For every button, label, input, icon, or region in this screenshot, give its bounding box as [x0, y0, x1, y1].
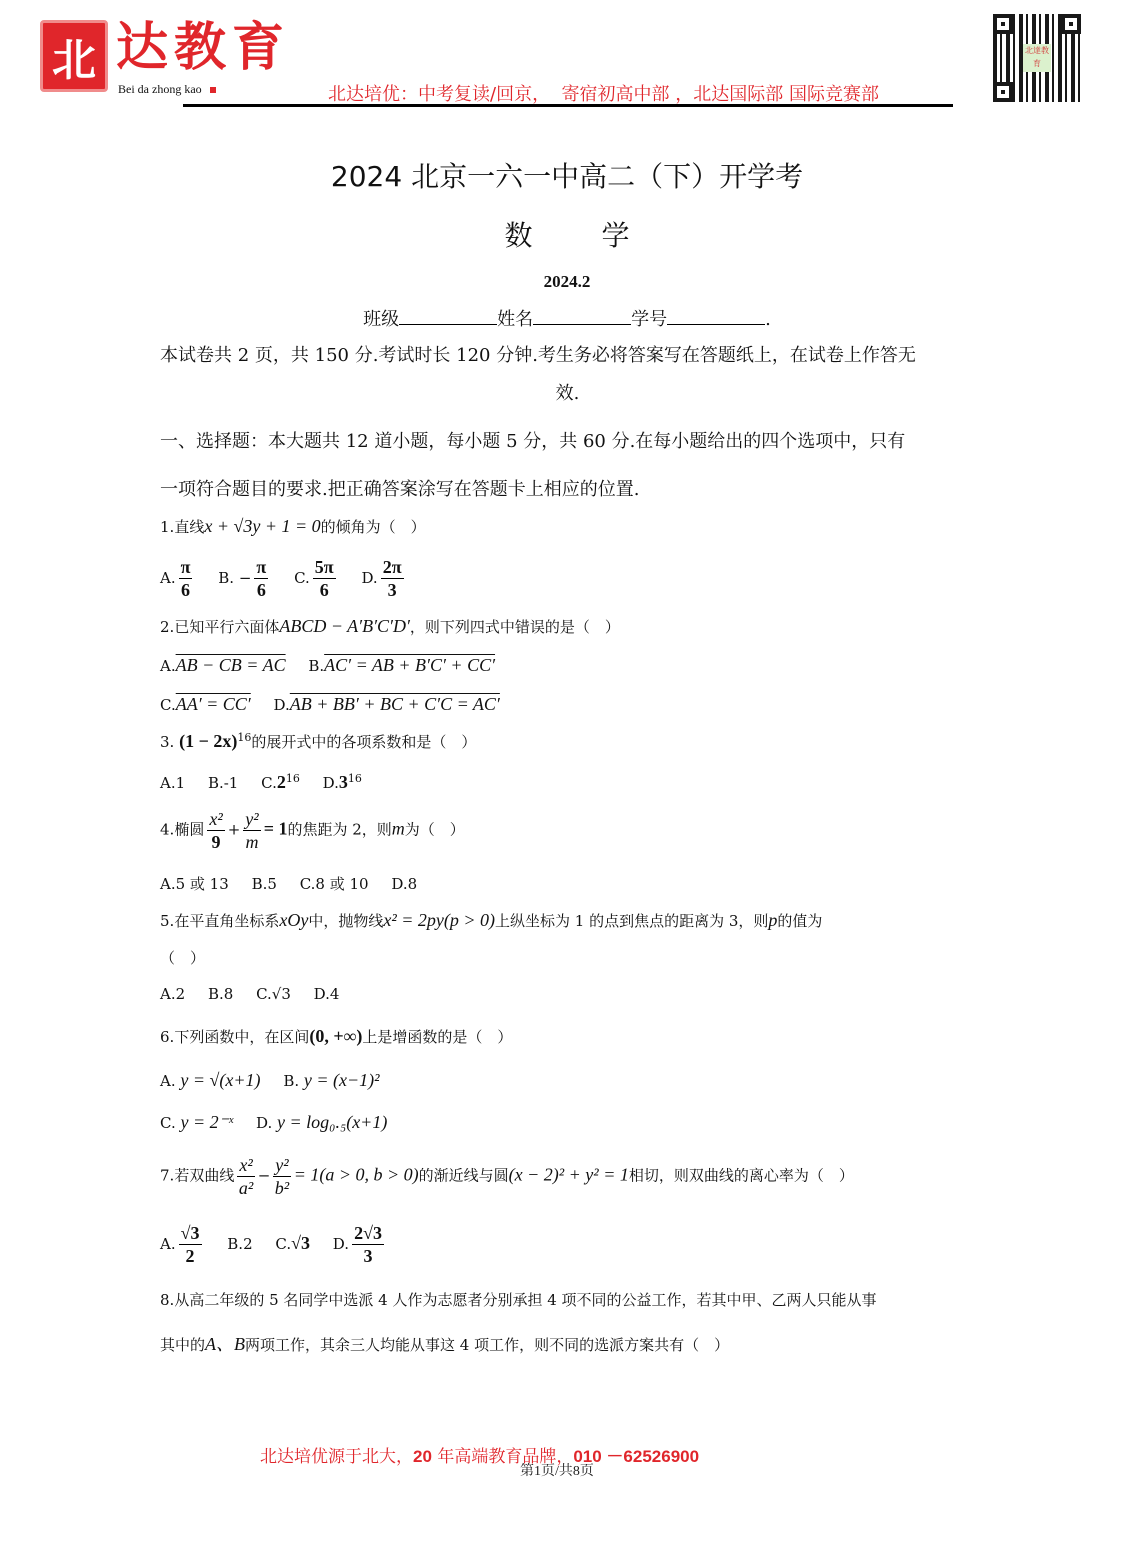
denominator: 6 [320, 579, 329, 601]
fraction: x²9 [207, 808, 224, 853]
fraction: 5π6 [313, 556, 336, 601]
qr-finder [993, 14, 1013, 34]
opt-label: D. [361, 569, 377, 587]
q-text: 上纵坐标为 1 的点到焦点的距离为 3，则 [495, 912, 768, 930]
question-7-stem: 7.若双曲线x²a²−y²b²= 1(a > 0, b > 0)的渐近线与圆(x… [160, 1154, 854, 1199]
opt-label: C. [294, 569, 310, 587]
q-text: 椭圆 [174, 821, 204, 839]
section-heading: 一、选择题：本大题共 12 道小题，每小题 5 分，共 60 分.在每小题给出的… [160, 418, 975, 514]
option-b[interactable]: B.AC′ = AB + B′C′ + CC′ [308, 657, 495, 675]
q-math: (x − 2)² + y² = 1 [509, 1165, 629, 1185]
numerator: π [179, 556, 193, 579]
denominator: 3 [388, 579, 397, 601]
opt-label: B. [283, 1072, 299, 1090]
opt-label: A. [160, 657, 176, 675]
question-6-options-row2: C. y = 2⁻ˣ D. y = log₀.₅(x+1) [160, 1112, 405, 1133]
opt-value: √3 [291, 1233, 310, 1253]
header-slogan: 北达培优：中考复读/回京， 寄宿初高中部 ，北达国际部 国际竞赛部 [328, 80, 879, 106]
brand-logo-mark: 北 [40, 20, 108, 92]
fraction: y²m [243, 808, 260, 853]
footer-text: 北达培优源于北大， [260, 1447, 413, 1467]
instructions-line: 效. [160, 375, 975, 413]
q-math: x² = 2py(p > 0) [383, 910, 495, 930]
section-line: 一项符合题目的要求.把正确答案涂写在答题卡上相应的位置. [160, 466, 975, 514]
question-6-stem: 6.下列函数中，在区间(0, +∞)上是增函数的是（ ） [160, 1026, 512, 1047]
numerator: 2√3 [352, 1222, 384, 1245]
numerator: x² [237, 1154, 254, 1177]
opt-value: y = √(x+1) [180, 1070, 260, 1090]
numerator: 2π [381, 556, 404, 579]
opt-label: C. [160, 696, 176, 714]
opt-label: D. [323, 774, 339, 792]
logo-char: 北 [52, 24, 96, 88]
instructions-line: 本试卷共 2 页，共 150 分.考试时长 120 分钟.考生务必将答案写在答题… [160, 337, 975, 375]
q-text: 中，抛物线 [308, 912, 383, 930]
fraction: 2√33 [352, 1222, 384, 1267]
option-d[interactable]: D.2√33 [333, 1235, 387, 1253]
option-b[interactable]: B.-1 [208, 774, 238, 792]
question-5-stem: 5.在平直角坐标系xOy中，抛物线x² = 2py(p > 0)上纵坐标为 1 … [160, 910, 822, 931]
q-text: 直线 [174, 518, 204, 536]
denominator: 2 [186, 1245, 195, 1267]
id-label: 学号 [631, 309, 667, 330]
q-math: ABCD − A′B′C′D′ [279, 616, 410, 636]
numerator: 5π [313, 556, 336, 579]
q-math: (1 − 2x) [179, 731, 237, 751]
question-8-stem-line2: 其中的A、B两项工作，其余三人均能从事这 4 项工作，则不同的选派方案共有（ ） [160, 1330, 729, 1356]
vector-expr: AB − CB = AC [176, 655, 286, 675]
question-2-stem: 2.已知平行六面体ABCD − A′B′C′D′，则下列四式中错误的是（ ） [160, 616, 620, 637]
vector-expr: AA′ = CC′ [176, 694, 251, 714]
page-number: 第1页/共8页 [520, 1460, 594, 1480]
question-3-stem: 3. (1 − 2x)16的展开式中的各项系数和是（ ） [160, 731, 476, 752]
opt-value: 2 [277, 772, 286, 792]
q-text: 两项工作，其余三人均能从事这 4 项工作，则不同的选派方案共有（ ） [245, 1336, 729, 1354]
opt-label: D. [256, 1114, 272, 1132]
q-number: 6. [160, 1028, 174, 1046]
q-number: 3. [160, 733, 174, 751]
option-a[interactable]: A.5 或 13 [160, 875, 229, 893]
instructions: 本试卷共 2 页，共 150 分.考试时长 120 分钟.考生务必将答案写在答题… [160, 337, 975, 413]
numerator: π [254, 556, 268, 579]
option-b[interactable]: B.5 [252, 875, 277, 893]
question-4-options: A.5 或 13 B.5 C.8 或 10 D.8 [160, 873, 435, 894]
q-text: 的渐近线与圆 [419, 1167, 509, 1185]
opt-label: B. − [218, 569, 251, 587]
fraction: x²a² [237, 1154, 254, 1199]
denominator: a² [239, 1177, 253, 1199]
opt-value: y = (x−1)² [304, 1070, 380, 1090]
id-blank[interactable] [667, 308, 765, 325]
opt-value: 1 [176, 774, 186, 792]
header-divider [183, 104, 953, 107]
q-text: 上是增函数的是（ ） [362, 1028, 512, 1046]
q-math: = 1(a > 0, b > 0) [294, 1165, 419, 1185]
opt-label: D. [333, 1235, 349, 1253]
option-a[interactable]: A.π6 [160, 569, 195, 587]
q-math: = 1 [264, 819, 288, 839]
option-a[interactable]: A.√32 [160, 1235, 205, 1253]
fraction: y²b² [273, 1154, 290, 1199]
option-b[interactable]: B.2 [227, 1235, 252, 1253]
opt-label: A. [160, 774, 176, 792]
opt-value: 3 [339, 772, 348, 792]
q-number: 8. [160, 1291, 174, 1309]
denominator: 3 [364, 1245, 373, 1267]
qr-finder [993, 82, 1013, 102]
footer-slogan: 北达培优源于北大，20 年高端教育品牌，010 －62526900 [260, 1442, 699, 1467]
q-text: 已知平行六面体 [174, 618, 279, 636]
exam-subject: 数 学 [0, 214, 1134, 254]
option-d[interactable]: D.8 [391, 875, 417, 893]
fraction: π6 [254, 556, 268, 601]
opt-value: y = log₀.₅(x+1) [277, 1112, 387, 1132]
numerator: x² [207, 808, 224, 831]
class-blank[interactable] [399, 308, 497, 325]
brand-logo-text: 达教育 [116, 18, 290, 78]
option-a[interactable]: A.2 [160, 985, 185, 1003]
opt-value: 2 [243, 1235, 253, 1253]
qr-finder [1061, 14, 1081, 34]
student-info-fields: 班级姓名学号. [0, 305, 1134, 331]
q-number: 2. [160, 618, 174, 636]
option-c[interactable]: C.5π6 [294, 569, 339, 587]
q-var: m [392, 819, 405, 839]
q-number: 5. [160, 912, 174, 930]
numerator: y² [243, 808, 260, 831]
fraction: π6 [179, 556, 193, 601]
class-label: 班级 [363, 309, 399, 330]
question-8-stem: 8.从高二年级的 5 名同学中选派 4 人作为志愿者分别承担 4 项不同的公益工… [160, 1289, 877, 1310]
option-c[interactable]: C.√3 [256, 985, 291, 1003]
q-number: 1. [160, 518, 174, 536]
vector-expr: AB + BB′ + BC + C′C = AC′ [290, 694, 500, 714]
q-text: 若双曲线 [174, 1167, 234, 1185]
q-text: 的值为 [777, 912, 822, 930]
denominator: b² [275, 1177, 289, 1199]
q-text: 的焦距为 2，则 [287, 821, 391, 839]
q-text: 为（ ） [405, 821, 465, 839]
footer-years: 20 [413, 1447, 432, 1466]
exam-title: 2024 北京一六一中高二（下）开学考 [0, 155, 1134, 195]
option-b[interactable]: B. y = (x−1)² [283, 1072, 379, 1090]
opt-label: C. [275, 1235, 291, 1253]
denominator: m [245, 831, 258, 853]
opt-value: -1 [224, 774, 239, 792]
option-d[interactable]: D.AB + BB′ + BC + C′C = AC′ [274, 696, 500, 714]
option-d[interactable]: D. y = log₀.₅(x+1) [256, 1114, 387, 1132]
option-c[interactable]: C.8 或 10 [300, 875, 369, 893]
vector-expr: AC′ = AB + B′C′ + CC′ [324, 655, 495, 675]
fraction: √32 [179, 1222, 202, 1267]
option-d[interactable]: D.2π3 [361, 569, 406, 587]
opt-label: B. [308, 657, 324, 675]
brand-subtitle: Bei da zhong kao [118, 82, 216, 97]
question-1-stem: 1.直线x + √3y + 1 = 0的倾角为（ ） [160, 516, 426, 537]
q-text: ，则下列四式中错误的是（ ） [410, 618, 620, 636]
q-text: 在平直角坐标系 [174, 912, 279, 930]
q-text: 从高二年级的 5 名同学中选派 4 人作为志愿者分别承担 4 项不同的公益工作，… [174, 1291, 876, 1309]
option-c[interactable]: C.AA′ = CC′ [160, 696, 251, 714]
opt-label: C. [261, 774, 277, 792]
question-7-options: A.√32 B.2 C.√3 D.2√33 [160, 1222, 405, 1267]
option-b[interactable]: B. −π6 [218, 569, 271, 587]
qr-code-icon: 北達教育 [993, 14, 1081, 102]
exam-date: 2024.2 [0, 272, 1134, 292]
section-line: 一、选择题：本大题共 12 道小题，每小题 5 分，共 60 分.在每小题给出的… [160, 418, 975, 466]
question-5-options: A.2 B.8 C.√3 D.4 [160, 985, 357, 1003]
option-c[interactable]: C.216 [261, 774, 300, 792]
square-icon [210, 87, 216, 93]
denominator: 9 [212, 831, 221, 853]
q-number: 4. [160, 821, 174, 839]
q-text: 下列函数中，在区间 [174, 1028, 309, 1046]
option-a[interactable]: A. y = √(x+1) [160, 1072, 261, 1090]
exponent: 16 [237, 731, 251, 744]
exponent: 16 [348, 772, 362, 785]
q-text: 的展开式中的各项系数和是（ ） [251, 733, 476, 751]
punct: . [765, 309, 771, 330]
question-1-options: A.π6 B. −π6 C.5π6 D.2π3 [160, 556, 425, 601]
opt-label: A. [160, 1072, 176, 1090]
opt-label: A. [160, 1235, 176, 1253]
option-c[interactable]: C. y = 2⁻ˣ [160, 1114, 233, 1132]
numerator: y² [273, 1154, 290, 1177]
question-6-options-row1: A. y = √(x+1) B. y = (x−1)² [160, 1070, 398, 1091]
opt-label: C. [160, 1114, 176, 1132]
opt-value: y = 2⁻ˣ [181, 1112, 234, 1132]
option-a[interactable]: A.1 [160, 774, 185, 792]
option-d[interactable]: D.316 [323, 774, 362, 792]
opt-label: B. [208, 774, 224, 792]
logo-subtitle-text: Bei da zhong kao [118, 82, 202, 96]
opt-label: D. [274, 696, 290, 714]
question-5-stem-line2: （ ） [160, 947, 205, 968]
qr-center-logo: 北達教育 [1023, 44, 1051, 72]
q-math: A、B [205, 1334, 245, 1354]
option-b[interactable]: B.8 [208, 985, 233, 1003]
denominator: 6 [181, 579, 190, 601]
opt-label: A. [160, 569, 176, 587]
question-4-stem: 4.椭圆x²9+y²m= 1的焦距为 2，则m为（ ） [160, 808, 465, 853]
q-math: (0, +∞) [309, 1026, 362, 1046]
denominator: 6 [257, 579, 266, 601]
name-label: 姓名 [497, 309, 533, 330]
option-d[interactable]: D.4 [314, 985, 340, 1003]
exponent: 16 [286, 772, 300, 785]
q-math: x + √3y + 1 = 0 [204, 516, 320, 536]
question-2-options-row2: C.AA′ = CC′ D.AB + BB′ + BC + C′C = AC′ [160, 694, 518, 715]
q-text: 相切，则双曲线的离心率为（ ） [629, 1167, 854, 1185]
opt-label: B. [227, 1235, 243, 1253]
name-blank[interactable] [533, 308, 631, 325]
q-math: xOy [279, 910, 308, 930]
option-c[interactable]: C.√3 [275, 1235, 310, 1253]
question-2-options-row1: A.AB − CB = AC B.AC′ = AB + B′C′ + CC′ [160, 655, 513, 676]
question-3-options: A.1 B.-1 C.216 D.316 [160, 772, 380, 793]
q-text: 的倾角为（ ） [321, 518, 426, 536]
q-number: 7. [160, 1167, 174, 1185]
fraction: 2π3 [381, 556, 404, 601]
numerator: √3 [179, 1222, 202, 1245]
q-text: 其中的 [160, 1336, 205, 1354]
option-a[interactable]: A.AB − CB = AC [160, 657, 286, 675]
